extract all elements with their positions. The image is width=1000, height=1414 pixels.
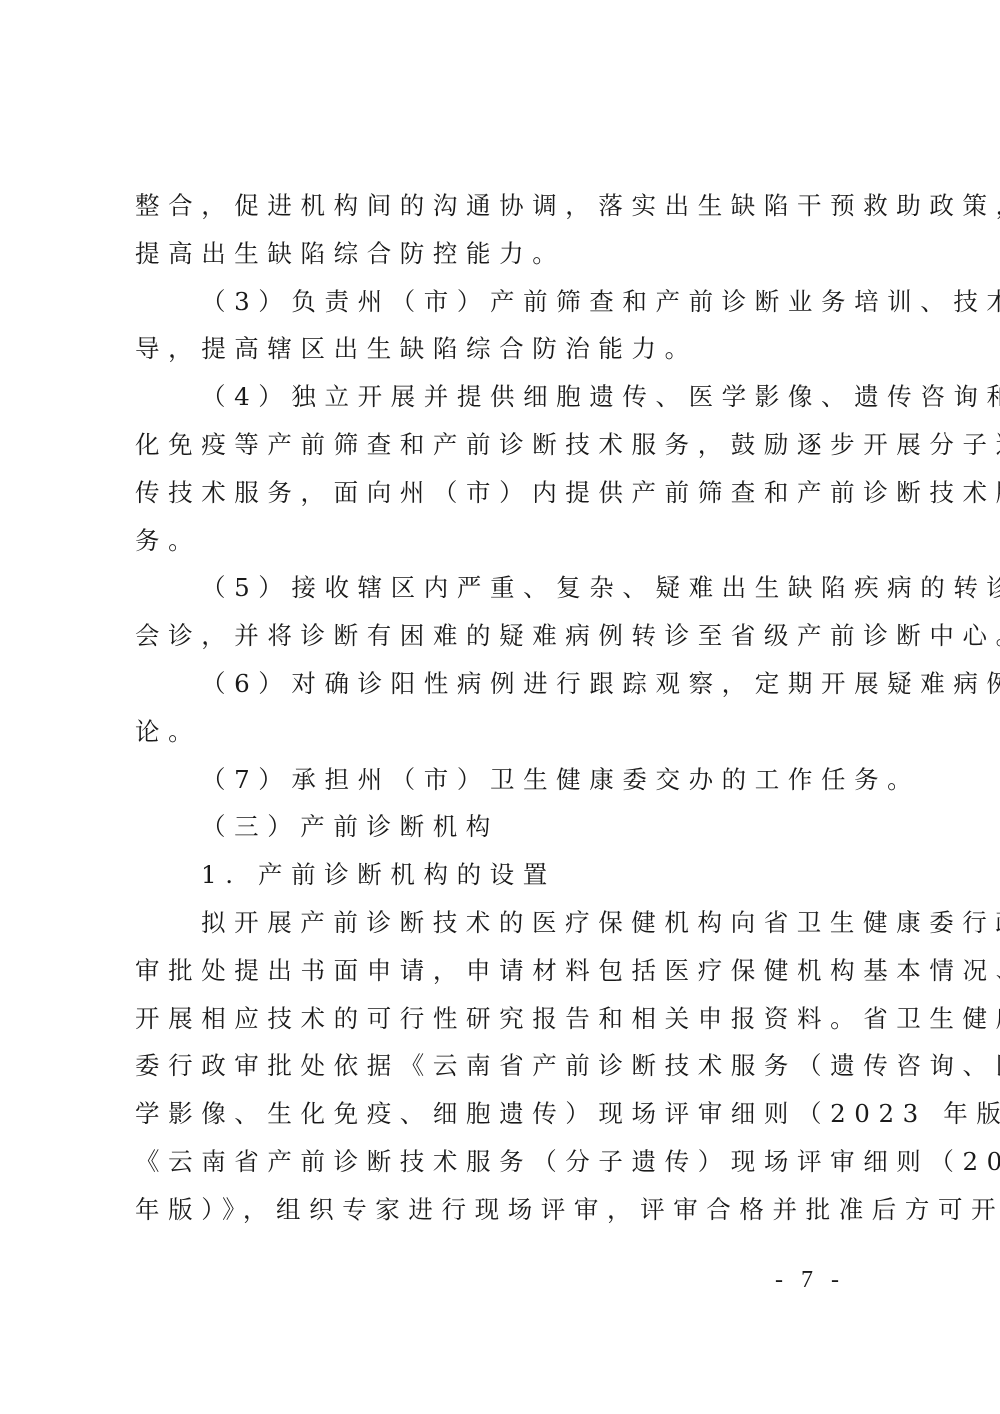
- text-line: 导，提高辖区出生缺陷综合防治能力。: [135, 325, 867, 373]
- text-line: 年版）》，组织专家进行现场评审，评审合格并批准后方可开展: [135, 1186, 867, 1234]
- subsection-heading: 1. 产前诊断机构的设置: [135, 851, 867, 899]
- text-line: 学影像、生化免疫、细胞遗传）现场评审细则（2023 年版）》、: [135, 1090, 867, 1138]
- text-line: 拟开展产前诊断技术的医疗保健机构向省卫生健康委行政: [135, 899, 867, 947]
- text-line: 务。: [135, 517, 867, 565]
- text-line: （4）独立开展并提供细胞遗传、医学影像、遗传咨询和生: [135, 373, 867, 421]
- text-line: 会诊，并将诊断有困难的疑难病例转诊至省级产前诊断中心。: [135, 612, 867, 660]
- text-line: 化免疫等产前筛查和产前诊断技术服务，鼓励逐步开展分子遗: [135, 421, 867, 469]
- text-line: 审批处提出书面申请，申请材料包括医疗保健机构基本情况、: [135, 947, 867, 995]
- document-body: 整合，促进机构间的沟通协调，落实出生缺陷干预救助政策， 提高出生缺陷综合防控能力…: [135, 182, 867, 1234]
- text-line: （5）接收辖区内严重、复杂、疑难出生缺陷疾病的转诊、: [135, 564, 867, 612]
- text-line: 整合，促进机构间的沟通协调，落实出生缺陷干预救助政策，: [135, 182, 867, 230]
- text-line: 提高出生缺陷综合防控能力。: [135, 230, 867, 278]
- text-line: 《云南省产前诊断技术服务（分子遗传）现场评审细则（2023: [135, 1138, 867, 1186]
- document-page: 整合，促进机构间的沟通协调，落实出生缺陷干预救助政策， 提高出生缺陷综合防控能力…: [0, 0, 1000, 1414]
- text-line: （6）对确诊阳性病例进行跟踪观察，定期开展疑难病例讨: [135, 660, 867, 708]
- text-line: （3）负责州（市）产前筛查和产前诊断业务培训、技术指: [135, 278, 867, 326]
- text-line: 开展相应技术的可行性研究报告和相关申报资料。省卫生健康: [135, 995, 867, 1043]
- text-line: 委行政审批处依据《云南省产前诊断技术服务（遗传咨询、医: [135, 1042, 867, 1090]
- page-number: - 7 -: [775, 1262, 845, 1298]
- text-line: 传技术服务，面向州（市）内提供产前筛查和产前诊断技术服: [135, 469, 867, 517]
- section-heading: （三）产前诊断机构: [135, 803, 867, 851]
- text-line: （7）承担州（市）卫生健康委交办的工作任务。: [135, 756, 867, 804]
- text-line: 论。: [135, 708, 867, 756]
